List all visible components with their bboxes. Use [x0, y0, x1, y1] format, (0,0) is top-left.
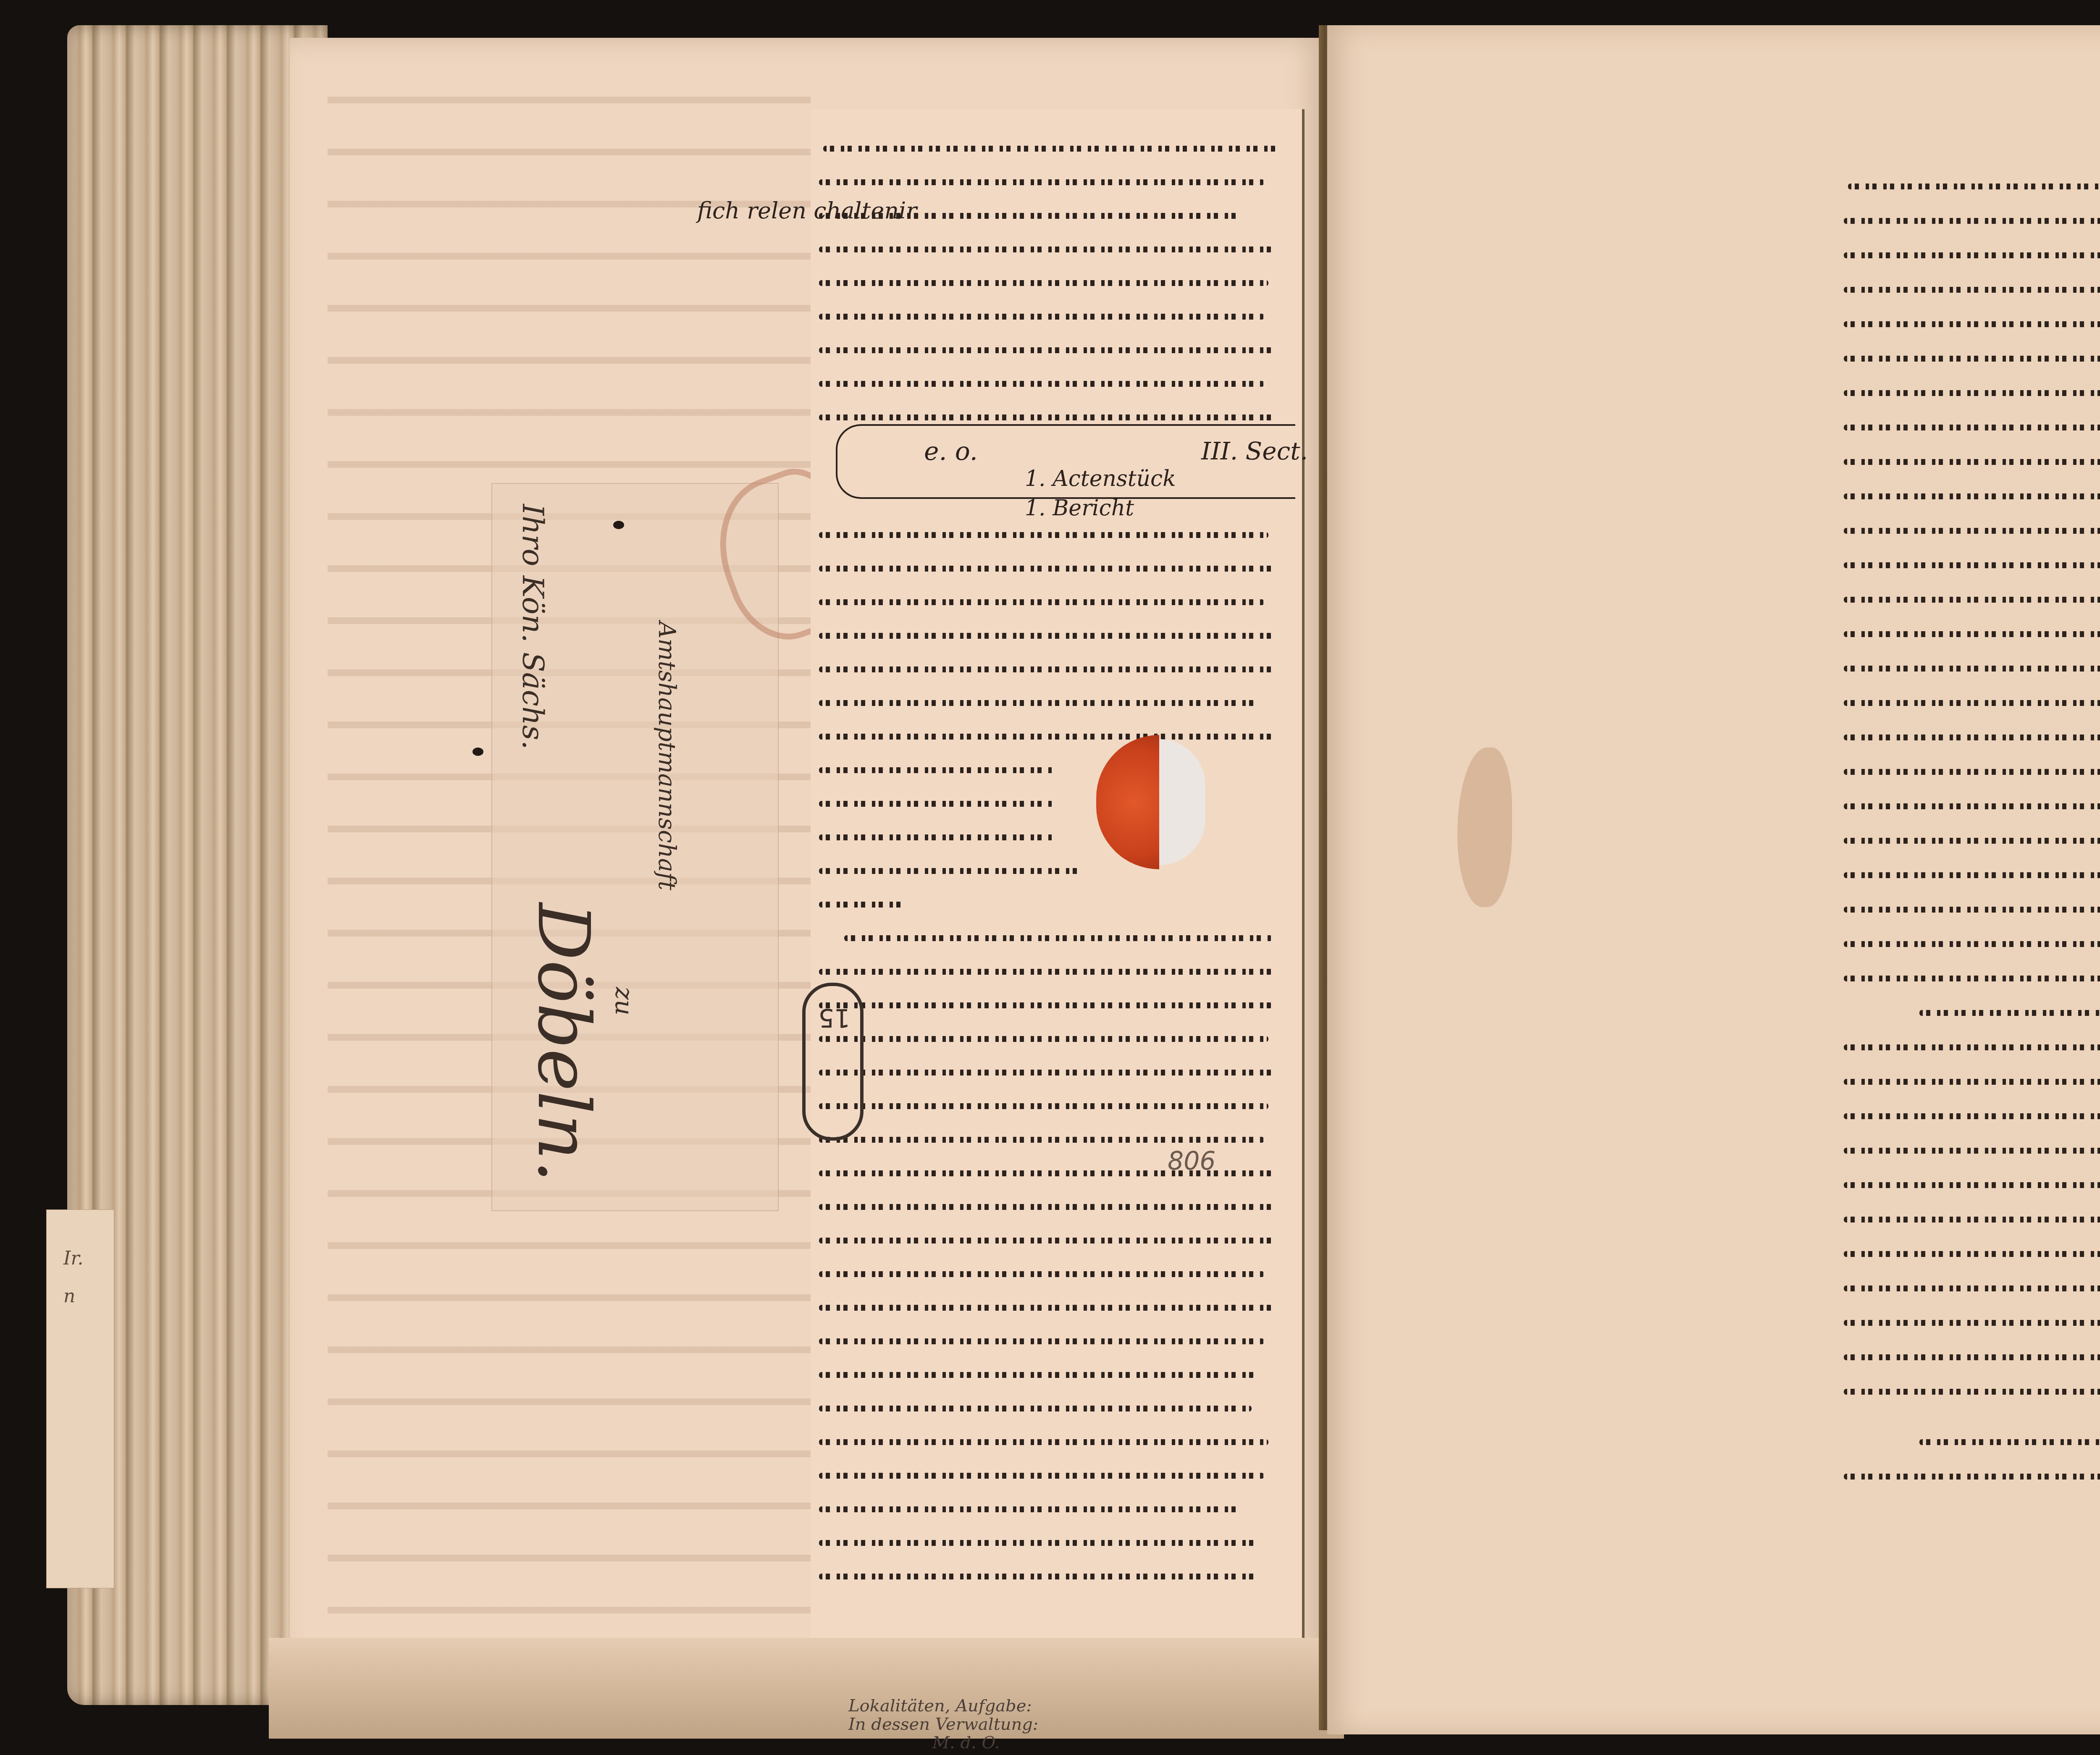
handwritten-line	[1844, 547, 2100, 572]
handwritten-line	[1844, 1201, 2100, 1226]
section-label: III. Sect.	[1201, 437, 1308, 465]
handwritten-line	[819, 365, 1285, 391]
handwritten-line	[819, 1188, 1285, 1214]
slip-mark: n	[63, 1285, 75, 1307]
handwritten-line	[1844, 271, 2100, 296]
handwritten-line	[819, 399, 1285, 424]
handwritten-line	[1844, 478, 2100, 503]
handwritten-line	[819, 298, 1285, 323]
handwritten-line	[819, 752, 1285, 777]
handwritten-line	[819, 617, 1285, 643]
handwritten-line	[1844, 960, 2100, 985]
handwritten-line	[819, 886, 1285, 911]
handwritten-line	[819, 1054, 1285, 1079]
handwritten-line	[1844, 788, 2100, 813]
slip-mark: Ir.	[63, 1248, 84, 1269]
handwritten-line	[1844, 1458, 2100, 1483]
handwritten-line	[1844, 926, 2100, 951]
ink-dot	[613, 521, 624, 529]
handwritten-line	[1844, 1029, 2100, 1054]
handwritten-line	[1844, 719, 2100, 744]
handwritten-line	[1844, 891, 2100, 916]
handwritten-line	[1848, 168, 2100, 193]
handwritten-line	[819, 1524, 1285, 1550]
handwritten-line	[1844, 1304, 2100, 1330]
handwritten-line	[819, 1390, 1285, 1415]
section-code: e. o.	[924, 437, 978, 466]
handwritten-line	[1844, 581, 2100, 606]
handwritten-line	[819, 651, 1285, 676]
handwritten-line	[1844, 237, 2100, 262]
handwritten-line	[819, 1558, 1285, 1583]
margin-note: fich relen chaltenir	[697, 197, 917, 224]
right-page-text	[1835, 168, 2100, 1638]
handwritten-line	[1844, 202, 2100, 228]
handwritten-line	[1844, 822, 2100, 847]
handwritten-line	[1844, 306, 2100, 331]
handwritten-line	[819, 265, 1285, 290]
handwritten-line	[1844, 1098, 2100, 1123]
address-line-3: zu	[610, 987, 638, 1015]
handwritten-line	[1844, 616, 2100, 641]
section-item-bericht: 1. Bericht	[1025, 496, 1134, 521]
handwritten-line	[1844, 857, 2100, 882]
handwritten-line	[1844, 1063, 2100, 1089]
handwritten-line	[819, 1289, 1285, 1314]
handwritten-line	[819, 1222, 1285, 1247]
handwritten-line	[819, 685, 1285, 710]
inserted-slip: Ir. n	[46, 1209, 114, 1588]
handwritten-line	[819, 1424, 1285, 1449]
handwritten-line	[819, 1356, 1285, 1382]
oval-stamp: 15	[802, 983, 864, 1141]
handwritten-line	[819, 1121, 1285, 1146]
handwritten-line	[819, 164, 1285, 189]
bottom-note-line: In dessen Verwaltung:	[848, 1715, 1038, 1734]
handwritten-line	[1844, 753, 2100, 779]
section-item-actenstueck: 1. Actenstück	[1025, 466, 1176, 491]
handwritten-line	[819, 987, 1285, 1012]
handwritten-line	[844, 920, 1310, 945]
handwritten-line	[1844, 1339, 2100, 1364]
address-line-2: Amtshauptmannschaft	[653, 622, 680, 890]
handwritten-line	[1844, 1270, 2100, 1295]
handwritten-line	[819, 1256, 1285, 1281]
handwritten-line	[819, 231, 1285, 256]
handwritten-line	[819, 332, 1285, 357]
handwritten-line	[819, 1491, 1285, 1516]
handwritten-line	[1919, 1424, 2100, 1449]
handwritten-line	[1844, 1132, 2100, 1157]
ink-dot	[472, 748, 483, 756]
handwritten-line	[819, 1088, 1285, 1113]
address-line-1: Ihro Kön. Sächs.	[516, 504, 550, 750]
handwritten-line	[819, 1457, 1285, 1482]
handwritten-line	[1919, 994, 2100, 1020]
handwritten-line	[1844, 650, 2100, 675]
handwritten-line	[819, 718, 1285, 743]
handwritten-line	[1844, 512, 2100, 538]
bottom-note-line: Lokalitäten, Aufgabe:	[848, 1697, 1038, 1715]
bottom-page-edges	[269, 1638, 1344, 1739]
handwritten-line	[819, 853, 1285, 878]
handwritten-line	[819, 953, 1285, 978]
address-city: Döbeln.	[522, 903, 605, 1183]
handwritten-line	[819, 1020, 1285, 1046]
stamp-number: 15	[818, 1003, 850, 1032]
bottom-note: Lokalitäten, Aufgabe: In dessen Verwaltu…	[848, 1697, 1038, 1752]
handwritten-line	[819, 819, 1285, 844]
handwritten-line	[1844, 340, 2100, 365]
handwritten-line	[819, 584, 1285, 609]
pencil-number: 806	[1168, 1146, 1216, 1176]
bottom-note-line: M. d. O.	[848, 1734, 1038, 1752]
handwritten-line	[1844, 685, 2100, 710]
handwritten-line	[1844, 1236, 2100, 1261]
handwritten-line	[823, 130, 1289, 155]
handwritten-line	[819, 785, 1285, 811]
handwritten-line	[819, 1323, 1285, 1348]
handwritten-line	[1844, 443, 2100, 469]
written-leaf	[811, 109, 1305, 1638]
handwritten-line	[819, 550, 1285, 575]
handwritten-line	[1844, 409, 2100, 434]
handwritten-line	[1844, 375, 2100, 400]
handwritten-line	[1844, 1167, 2100, 1192]
handwritten-line	[1844, 1373, 2100, 1398]
